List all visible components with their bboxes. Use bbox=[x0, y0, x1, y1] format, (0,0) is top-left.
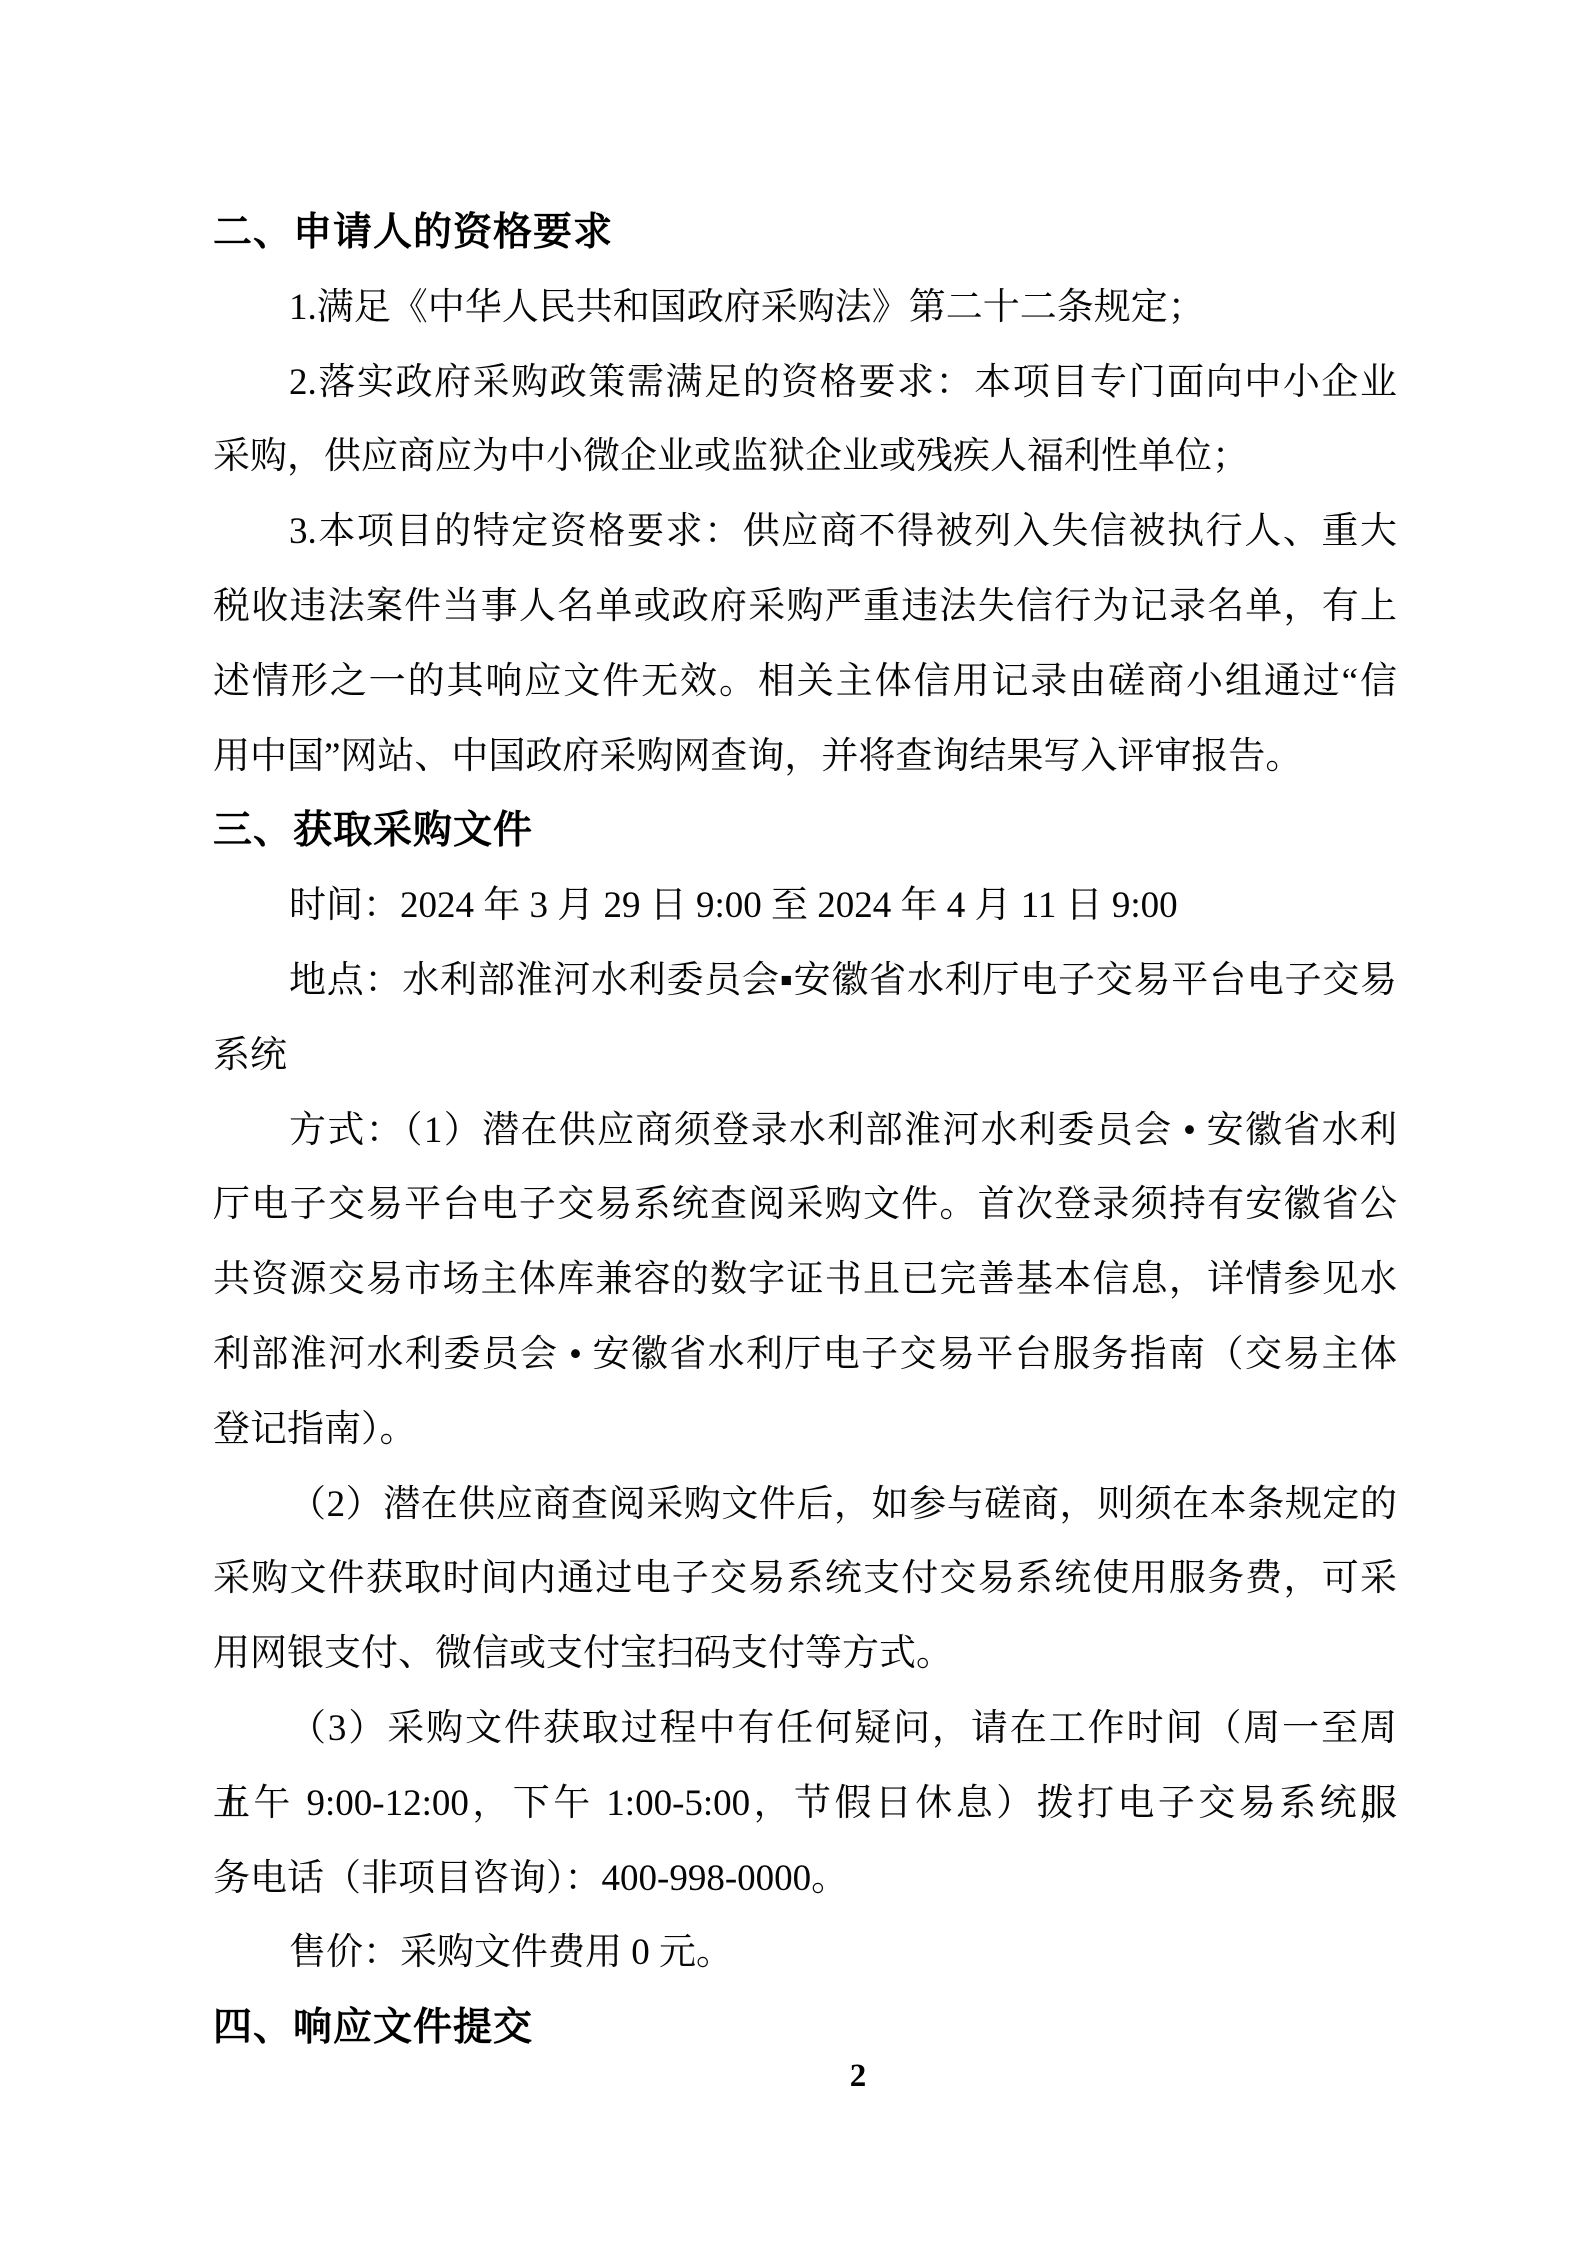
text-line: 方式：（1）潜在供应商须登录水利部淮河水利委员会 • 安徽省水利 bbox=[0, 1094, 1587, 1169]
text-line: 时间：2024 年 3 月 29 日 9:00 至 2024 年 4 月 11 … bbox=[0, 869, 1587, 944]
document-page: 二、申请人的资格要求1.满足《中华人民共和国政府采购法》第二十二条规定；2.落实… bbox=[0, 0, 1587, 2245]
section-heading: 四、响应文件提交 bbox=[0, 1991, 1587, 2066]
section-heading: 三、获取采购文件 bbox=[0, 794, 1587, 869]
text-line: 登记指南）。 bbox=[0, 1393, 1587, 1468]
section-heading: 二、申请人的资格要求 bbox=[0, 196, 1587, 271]
text-line: 共资源交易市场主体库兼容的数字证书且已完善基本信息，详情参见水 bbox=[0, 1243, 1587, 1318]
text-line: （2）潜在供应商查阅采购文件后，如参与磋商，则须在本条规定的 bbox=[0, 1468, 1587, 1543]
text-line: 务电话（非项目咨询）：400-998-0000。 bbox=[0, 1842, 1587, 1917]
text-line: 地点：水利部淮河水利委员会▪安徽省水利厅电子交易平台电子交易 bbox=[0, 944, 1587, 1019]
text-line: 税收违法案件当事人名单或政府采购严重违法失信行为记录名单，有上 bbox=[0, 570, 1587, 645]
text-line: 用网银支付、微信或支付宝扫码支付等方式。 bbox=[0, 1617, 1587, 1692]
text-line: 采购文件获取时间内通过电子交易系统支付交易系统使用服务费，可采 bbox=[0, 1542, 1587, 1617]
page-number: 2 bbox=[850, 2056, 867, 2096]
text-line: 采购，供应商应为中小微企业或监狱企业或残疾人福利性单位； bbox=[0, 420, 1587, 495]
text-line: 售价：采购文件费用 0 元。 bbox=[0, 1916, 1587, 1991]
text-line: 厅电子交易平台电子交易系统查阅采购文件。首次登录须持有安徽省公 bbox=[0, 1168, 1587, 1243]
text-line: 1.满足《中华人民共和国政府采购法》第二十二条规定； bbox=[0, 271, 1587, 346]
text-line: 利部淮河水利委员会 • 安徽省水利厅电子交易平台服务指南（交易主体 bbox=[0, 1318, 1587, 1393]
text-line: 用中国”网站、中国政府采购网查询，并将查询结果写入评审报告。 bbox=[0, 720, 1587, 795]
text-line: 上午 9:00-12:00，下午 1:00-5:00，节假日休息）拨打电子交易系… bbox=[0, 1767, 1587, 1842]
text-line: 述情形之一的其响应文件无效。相关主体信用记录由磋商小组通过“信 bbox=[0, 645, 1587, 720]
text-line: 2.落实政府采购政策需满足的资格要求：本项目专门面向中小企业 bbox=[0, 346, 1587, 421]
text-line: 系统 bbox=[0, 1019, 1587, 1094]
text-line: （3）采购文件获取过程中有任何疑问，请在工作时间（周一至周五， bbox=[0, 1692, 1587, 1767]
document-body: 二、申请人的资格要求1.满足《中华人民共和国政府采购法》第二十二条规定；2.落实… bbox=[0, 196, 1587, 2066]
text-line: 3.本项目的特定资格要求：供应商不得被列入失信被执行人、重大 bbox=[0, 495, 1587, 570]
